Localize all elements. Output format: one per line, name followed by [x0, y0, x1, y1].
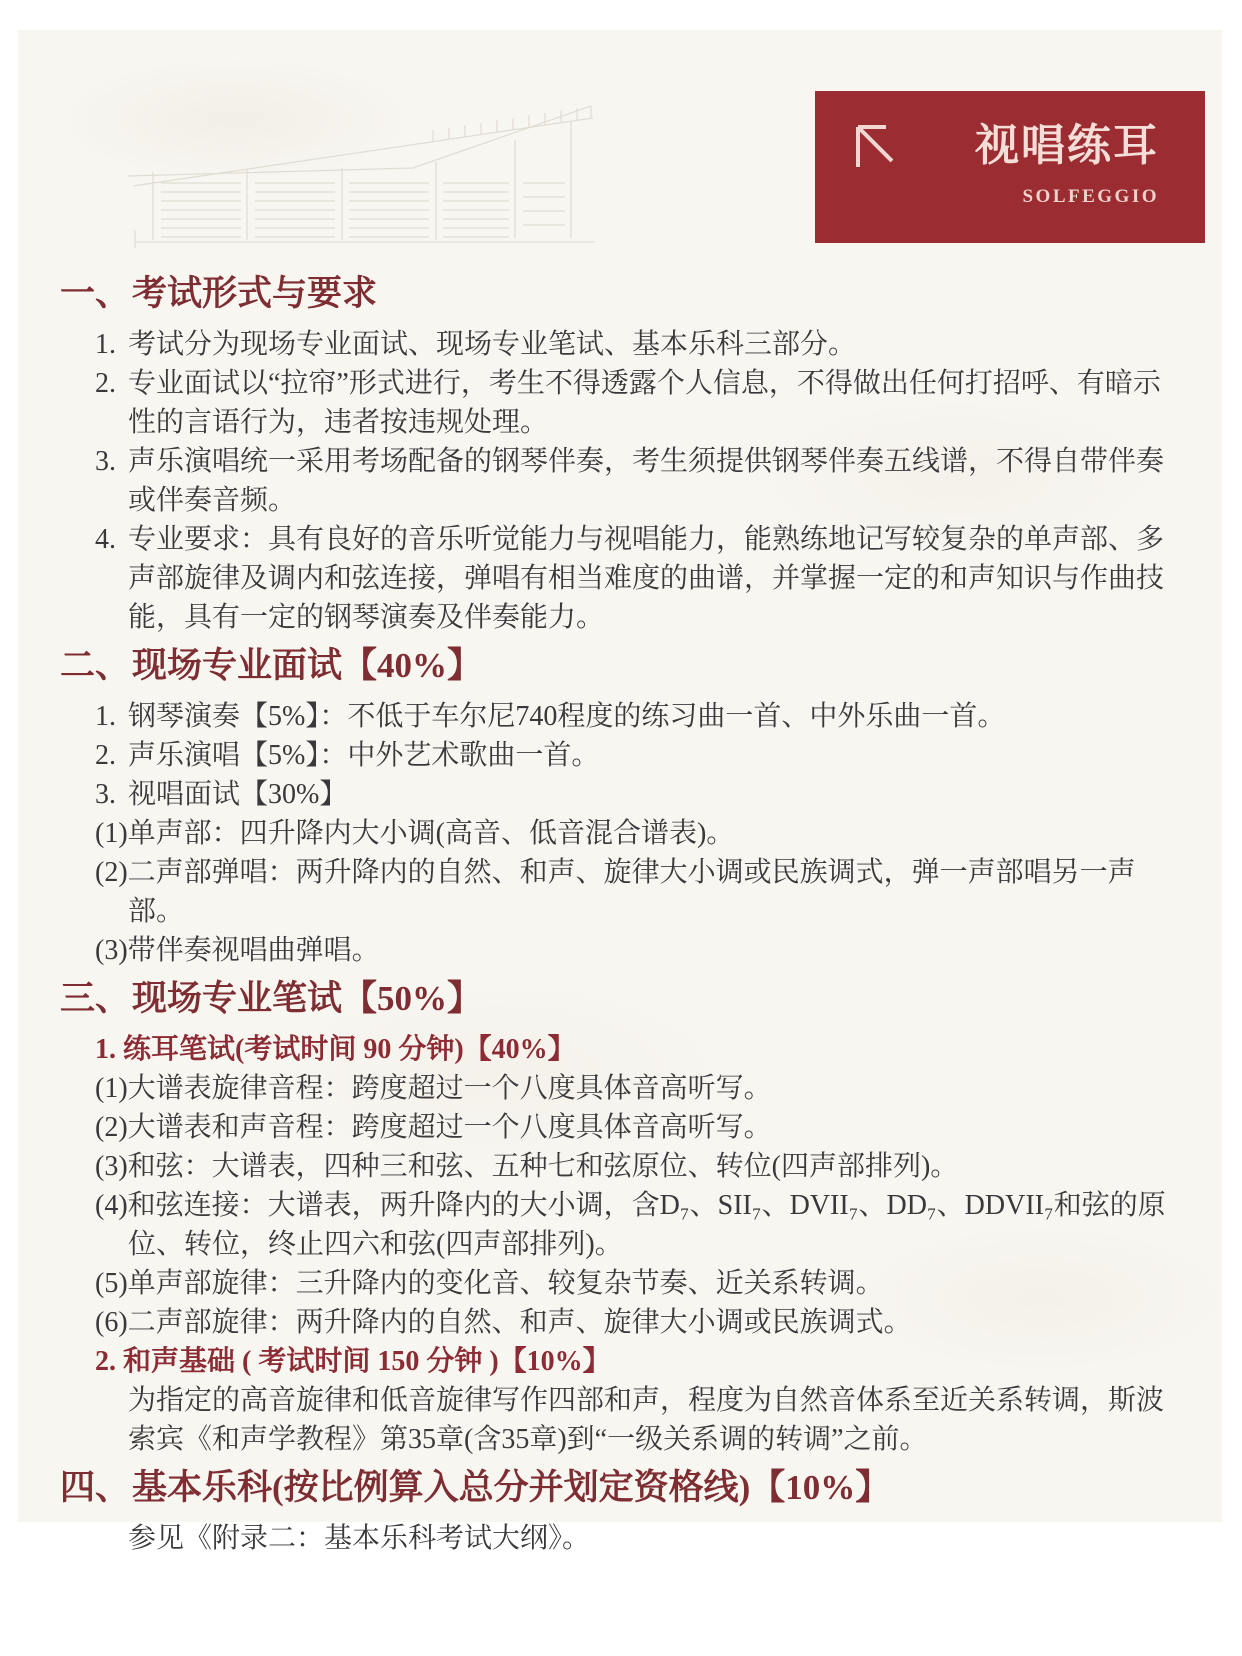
list-item: (3)和弦：大谱表，四种三和弦、五种七和弦原位、转位(四声部排列)。	[60, 1147, 1178, 1186]
item-text: 视唱面试【30%】	[128, 779, 347, 810]
item-text: 声乐演唱统一采用考场配备的钢琴伴奏，考生须提供钢琴伴奏五线谱，不得自带伴奏或伴奏…	[128, 446, 1164, 516]
section-exam-format: 一、 考试形式与要求 1.考试分为现场专业面试、现场专业笔试、基本乐科三部分。 …	[60, 272, 1178, 637]
sub-heading: 2. 和声基础 ( 考试时间 150 分钟 )【10%】	[60, 1342, 1178, 1381]
section-heading: 三、 现场专业笔试【50%】	[60, 977, 1178, 1021]
list-item: (6)二声部旋律：两升降内的自然、和声、旋律大小调或民族调式。	[60, 1303, 1178, 1342]
list-item: 1.考试分为现场专业面试、现场专业笔试、基本乐科三部分。	[60, 325, 1178, 364]
paragraph: 为指定的高音旋律和低音旋律写作四部和声，程度为自然音体系至近关系转调，斯波索宾《…	[60, 1381, 1178, 1459]
list-item: 1.钢琴演奏【5%】：不低于车尔尼740程度的练习曲一首、中外乐曲一首。	[60, 697, 1178, 736]
sub-heading: 1. 练耳笔试(考试时间 90 分钟)【40%】	[60, 1030, 1178, 1069]
paragraph: 参见《附录二：基本乐科考试大纲》。	[60, 1519, 1178, 1558]
section-heading: 四、 基本乐科(按比例算入总分并划定资格线)【10%】	[60, 1466, 1178, 1510]
building-sketch-watermark	[113, 80, 643, 250]
item-number: 3.	[95, 442, 128, 481]
document-body: 一、 考试形式与要求 1.考试分为现场专业面试、现场专业笔试、基本乐科三部分。 …	[60, 272, 1178, 1558]
section-title: 现场专业笔试【50%】	[132, 977, 482, 1021]
item-number: 1.	[95, 325, 128, 364]
section-number: 一、	[60, 272, 132, 316]
item-number: 2.	[95, 364, 128, 403]
arrow-up-left-icon	[854, 123, 898, 171]
item-number: 2.	[95, 736, 128, 775]
section-title: 现场专业面试【40%】	[132, 644, 482, 688]
section-number: 二、	[60, 644, 132, 688]
item-number: 3.	[95, 775, 128, 814]
section-title: 考试形式与要求	[132, 272, 377, 316]
section-live-interview: 二、 现场专业面试【40%】 1.钢琴演奏【5%】：不低于车尔尼740程度的练习…	[60, 644, 1178, 970]
section-heading: 一、 考试形式与要求	[60, 272, 1178, 316]
list-item: (1)大谱表旋律音程：跨度超过一个八度具体音高听写。	[60, 1069, 1178, 1108]
badge-title: 视唱练耳	[975, 121, 1159, 171]
section-number: 三、	[60, 977, 132, 1021]
item-number: 1.	[95, 697, 128, 736]
list-item: 3.声乐演唱统一采用考场配备的钢琴伴奏，考生须提供钢琴伴奏五线谱，不得自带伴奏或…	[60, 442, 1178, 520]
list-item: (1)单声部：四升降内大小调(高音、低音混合谱表)。	[60, 814, 1178, 853]
badge-subtitle: SOLFEGGIO	[1022, 186, 1159, 208]
list-item: (2)二声部弹唱：两升降内的自然、和声、旋律大小调或民族调式，弹一声部唱另一声部…	[60, 853, 1178, 931]
item-text: 专业要求：具有良好的音乐听觉能力与视唱能力，能熟练地记写较复杂的单声部、多声部旋…	[128, 524, 1164, 633]
section-number: 四、	[60, 1466, 132, 1510]
list-item: (2)大谱表和声音程：跨度超过一个八度具体音高听写。	[60, 1108, 1178, 1147]
paper-sheet: 视唱练耳 SOLFEGGIO 一、 考试形式与要求 1.考试分为现场专业面试、现…	[18, 30, 1222, 1522]
item-text: 声乐演唱【5%】：中外艺术歌曲一首。	[128, 740, 599, 771]
list-item: 2.声乐演唱【5%】：中外艺术歌曲一首。	[60, 736, 1178, 775]
section-heading: 二、 现场专业面试【40%】	[60, 644, 1178, 688]
section-written-exam: 三、 现场专业笔试【50%】 1. 练耳笔试(考试时间 90 分钟)【40%】 …	[60, 977, 1178, 1459]
document-page: 视唱练耳 SOLFEGGIO 一、 考试形式与要求 1.考试分为现场专业面试、现…	[0, 0, 1242, 1656]
list-item: 2.专业面试以“拉帘”形式进行，考生不得透露个人信息，不得做出任何打招呼、有暗示…	[60, 364, 1178, 442]
list-item: (3)带伴奏视唱曲弹唱。	[60, 931, 1178, 970]
section-badge: 视唱练耳 SOLFEGGIO	[815, 91, 1205, 243]
item-text: 考试分为现场专业面试、现场专业笔试、基本乐科三部分。	[128, 329, 856, 360]
item-number: 4.	[95, 520, 128, 559]
item-text: 钢琴演奏【5%】：不低于车尔尼740程度的练习曲一首、中外乐曲一首。	[128, 701, 1005, 732]
section-basic-music-theory: 四、 基本乐科(按比例算入总分并划定资格线)【10%】 参见《附录二：基本乐科考…	[60, 1466, 1178, 1558]
list-item: (5)单声部旋律：三升降内的变化音、较复杂节奏、近关系转调。	[60, 1264, 1178, 1303]
item-text: 专业面试以“拉帘”形式进行，考生不得透露个人信息，不得做出任何打招呼、有暗示性的…	[128, 368, 1161, 438]
list-item: (4)和弦连接：大谱表，两升降内的大小调，含D₇、SII₇、DVII₇、DD₇、…	[60, 1186, 1178, 1264]
list-item: 4.专业要求：具有良好的音乐听觉能力与视唱能力，能熟练地记写较复杂的单声部、多声…	[60, 520, 1178, 637]
list-item: 3.视唱面试【30%】	[60, 775, 1178, 814]
section-title: 基本乐科(按比例算入总分并划定资格线)【10%】	[132, 1466, 890, 1510]
